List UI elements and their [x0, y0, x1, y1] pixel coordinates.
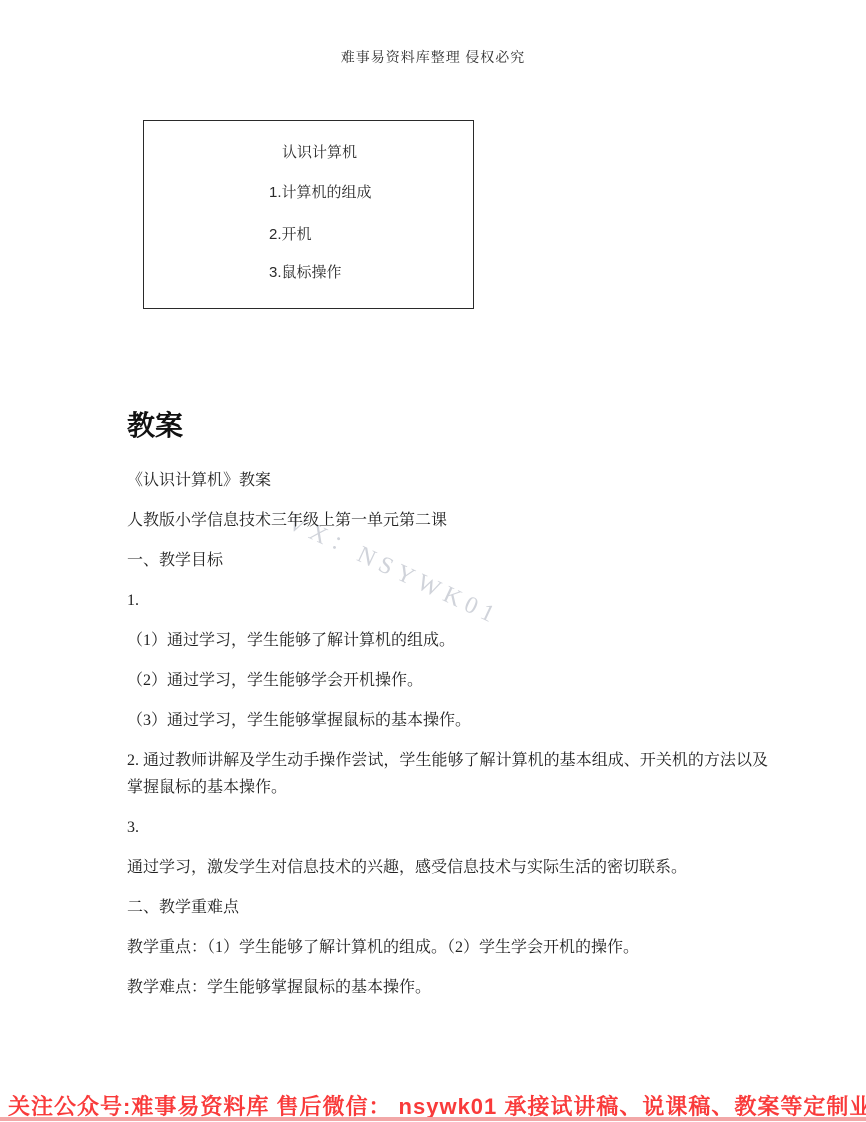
document-page: 难事易资料库整理 侵权必究 认识计算机 1.计算机的组成 2.开机 3.鼠标操作…	[0, 0, 866, 1122]
paragraph: 通过学习，激发学生对信息技术的兴趣，感受信息技术与实际生活的密切联系。	[127, 854, 768, 881]
outline-item: 1.计算机的组成	[269, 181, 372, 202]
paragraph: 3.	[127, 814, 768, 841]
paragraph: 1.	[127, 587, 768, 614]
footer-banner-text: 关注公众号:难事易资料库 售后微信： nsywk01 承接试讲稿、说课稿、教案等…	[8, 1094, 866, 1119]
footer-accent-line	[0, 1117, 866, 1121]
header-note: 难事易资料库整理 侵权必究	[0, 47, 866, 67]
paragraph: （2）通过学习，学生能够学会开机操作。	[127, 667, 768, 694]
doc-body: 《认识计算机》教案 人教版小学信息技术三年级上第一单元第二课 一、教学目标 1.…	[127, 467, 768, 1014]
paragraph: 教学重点：（1）学生能够了解计算机的组成。（2）学生学会开机的操作。	[127, 934, 768, 961]
paragraph: 2. 通过教师讲解及学生动手操作尝试，学生能够了解计算机的基本组成、开关机的方法…	[127, 747, 768, 801]
outline-box-title: 认识计算机	[282, 141, 357, 162]
paragraph: （3）通过学习，学生能够掌握鼠标的基本操作。	[127, 707, 768, 734]
paragraph: 二、教学重难点	[127, 894, 768, 921]
lesson-outline-box: 认识计算机 1.计算机的组成 2.开机 3.鼠标操作	[143, 120, 474, 309]
doc-heading: 教案	[127, 404, 183, 444]
paragraph: 教学难点：学生能够掌握鼠标的基本操作。	[127, 974, 768, 1001]
paragraph: （1）通过学习，学生能够了解计算机的组成。	[127, 627, 768, 654]
paragraph: 《认识计算机》教案	[127, 467, 768, 494]
outline-item: 2.开机	[269, 223, 312, 244]
paragraph: 一、教学目标	[127, 547, 768, 574]
paragraph: 人教版小学信息技术三年级上第一单元第二课	[127, 507, 768, 534]
outline-item: 3.鼠标操作	[269, 261, 342, 282]
